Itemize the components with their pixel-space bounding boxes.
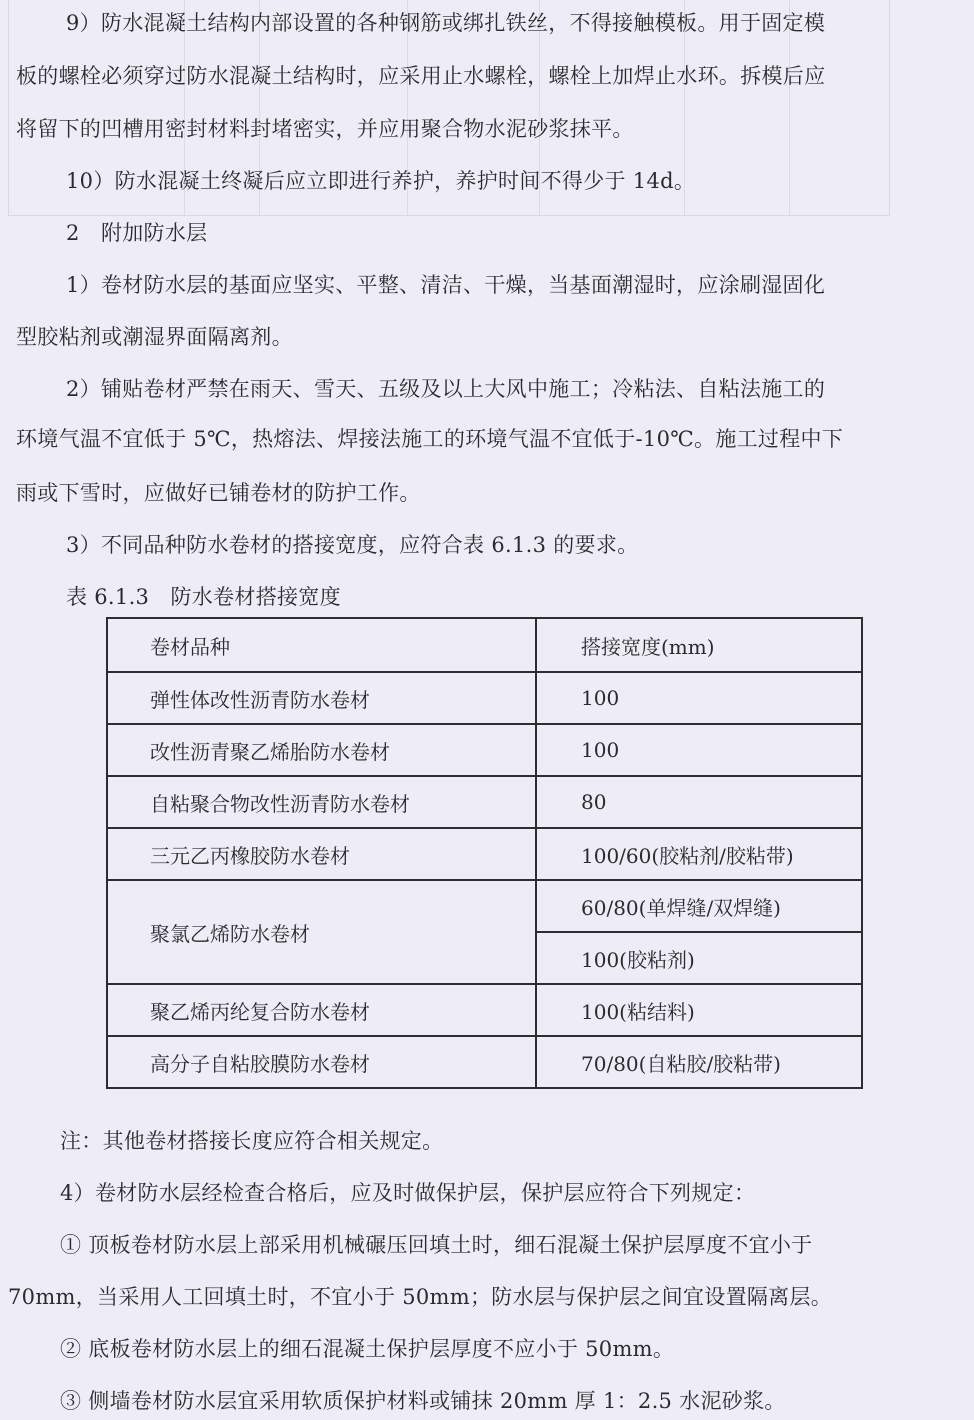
paragraph-line: 型胶粘剂或潮湿界面隔离剂。: [16, 322, 293, 352]
lap-width-table: 卷材品种 搭接宽度(mm) 弹性体改性沥青防水卷材 100 改性沥青聚乙烯胎防水…: [106, 617, 863, 1089]
paragraph-line: 9）防水混凝土结构内部设置的各种钢筋或绑扎铁丝，不得接触模板。用于固定模: [66, 8, 825, 38]
cell-material: 聚乙烯丙纶复合防水卷材: [107, 984, 536, 1036]
paragraph-line: 2）铺贴卷材严禁在雨天、雪天、五级及以上大风中施工；冷粘法、自粘法施工的: [66, 374, 825, 404]
cell-width: 60/80(单焊缝/双焊缝): [536, 880, 862, 932]
cell-width: 100(粘结料): [536, 984, 862, 1036]
paragraph-line: 1）卷材防水层的基面应坚实、平整、清洁、干燥，当基面潮湿时，应涂刷湿固化: [66, 270, 825, 300]
list-item: ③ 侧墙卷材防水层宜采用软质保护材料或铺抹 20mm 厚 1：2.5 水泥砂浆。: [60, 1386, 786, 1416]
table-row: 改性沥青聚乙烯胎防水卷材 100: [107, 724, 862, 776]
table-row: 聚乙烯丙纶复合防水卷材 100(粘结料): [107, 984, 862, 1036]
table-row: 高分子自粘胶膜防水卷材 70/80(自粘胶/胶粘带): [107, 1036, 862, 1088]
cell-material: 三元乙丙橡胶防水卷材: [107, 828, 536, 880]
list-item: ② 底板卷材防水层上的细石混凝土保护层厚度不应小于 50mm。: [60, 1334, 674, 1364]
list-item: ① 顶板卷材防水层上部采用机械碾压回填土时，细石混凝土保护层厚度不宜小于: [60, 1230, 812, 1260]
cell-width: 100: [536, 672, 862, 724]
paragraph-line: 雨或下雪时，应做好已铺卷材的防护工作。: [16, 478, 421, 508]
cell-width: 80: [536, 776, 862, 828]
paragraph-line: 将留下的凹槽用密封材料封堵密实，并应用聚合物水泥砂浆抹平。: [16, 114, 634, 144]
paragraph-line: 板的螺栓必须穿过防水混凝土结构时，应采用止水螺栓，螺栓上加焊止水环。拆模后应: [16, 61, 825, 91]
table-caption: 表 6.1.3 防水卷材搭接宽度: [66, 582, 341, 612]
table-row: 三元乙丙橡胶防水卷材 100/60(胶粘剂/胶粘带): [107, 828, 862, 880]
header-material: 卷材品种: [107, 618, 536, 672]
cell-width: 70/80(自粘胶/胶粘带): [536, 1036, 862, 1088]
cell-width: 100(胶粘剂): [536, 932, 862, 984]
cell-material: 自粘聚合物改性沥青防水卷材: [107, 776, 536, 828]
cell-material: 弹性体改性沥青防水卷材: [107, 672, 536, 724]
paragraph-line: 4）卷材防水层经检查合格后，应及时做保护层，保护层应符合下列规定：: [60, 1178, 755, 1208]
document-page: 9）防水混凝土结构内部设置的各种钢筋或绑扎铁丝，不得接触模板。用于固定模 板的螺…: [0, 0, 974, 1420]
table-row: 自粘聚合物改性沥青防水卷材 80: [107, 776, 862, 828]
table-header-row: 卷材品种 搭接宽度(mm): [107, 618, 862, 672]
cell-width: 100/60(胶粘剂/胶粘带): [536, 828, 862, 880]
section-heading: 2 附加防水层: [66, 218, 207, 248]
cell-material: 高分子自粘胶膜防水卷材: [107, 1036, 536, 1088]
table-note: 注：其他卷材搭接长度应符合相关规定。: [60, 1126, 443, 1156]
list-item-continuation: 70mm，当采用人工回填土时，不宜小于 50mm；防水层与保护层之间宜设置隔离层…: [8, 1282, 832, 1312]
table-row: 聚氯乙烯防水卷材 60/80(单焊缝/双焊缝): [107, 880, 862, 932]
cell-material: 聚氯乙烯防水卷材: [107, 880, 536, 984]
cell-width: 100: [536, 724, 862, 776]
paragraph-line: 3）不同品种防水卷材的搭接宽度，应符合表 6.1.3 的要求。: [66, 530, 638, 560]
cell-material: 改性沥青聚乙烯胎防水卷材: [107, 724, 536, 776]
paragraph-line: 10）防水混凝土终凝后应立即进行养护，养护时间不得少于 14d。: [66, 166, 695, 196]
table-row: 弹性体改性沥青防水卷材 100: [107, 672, 862, 724]
header-width: 搭接宽度(mm): [536, 618, 862, 672]
paragraph-line: 环境气温不宜低于 5℃，热熔法、焊接法施工的环境气温不宜低于-10℃。施工过程中…: [16, 424, 843, 454]
